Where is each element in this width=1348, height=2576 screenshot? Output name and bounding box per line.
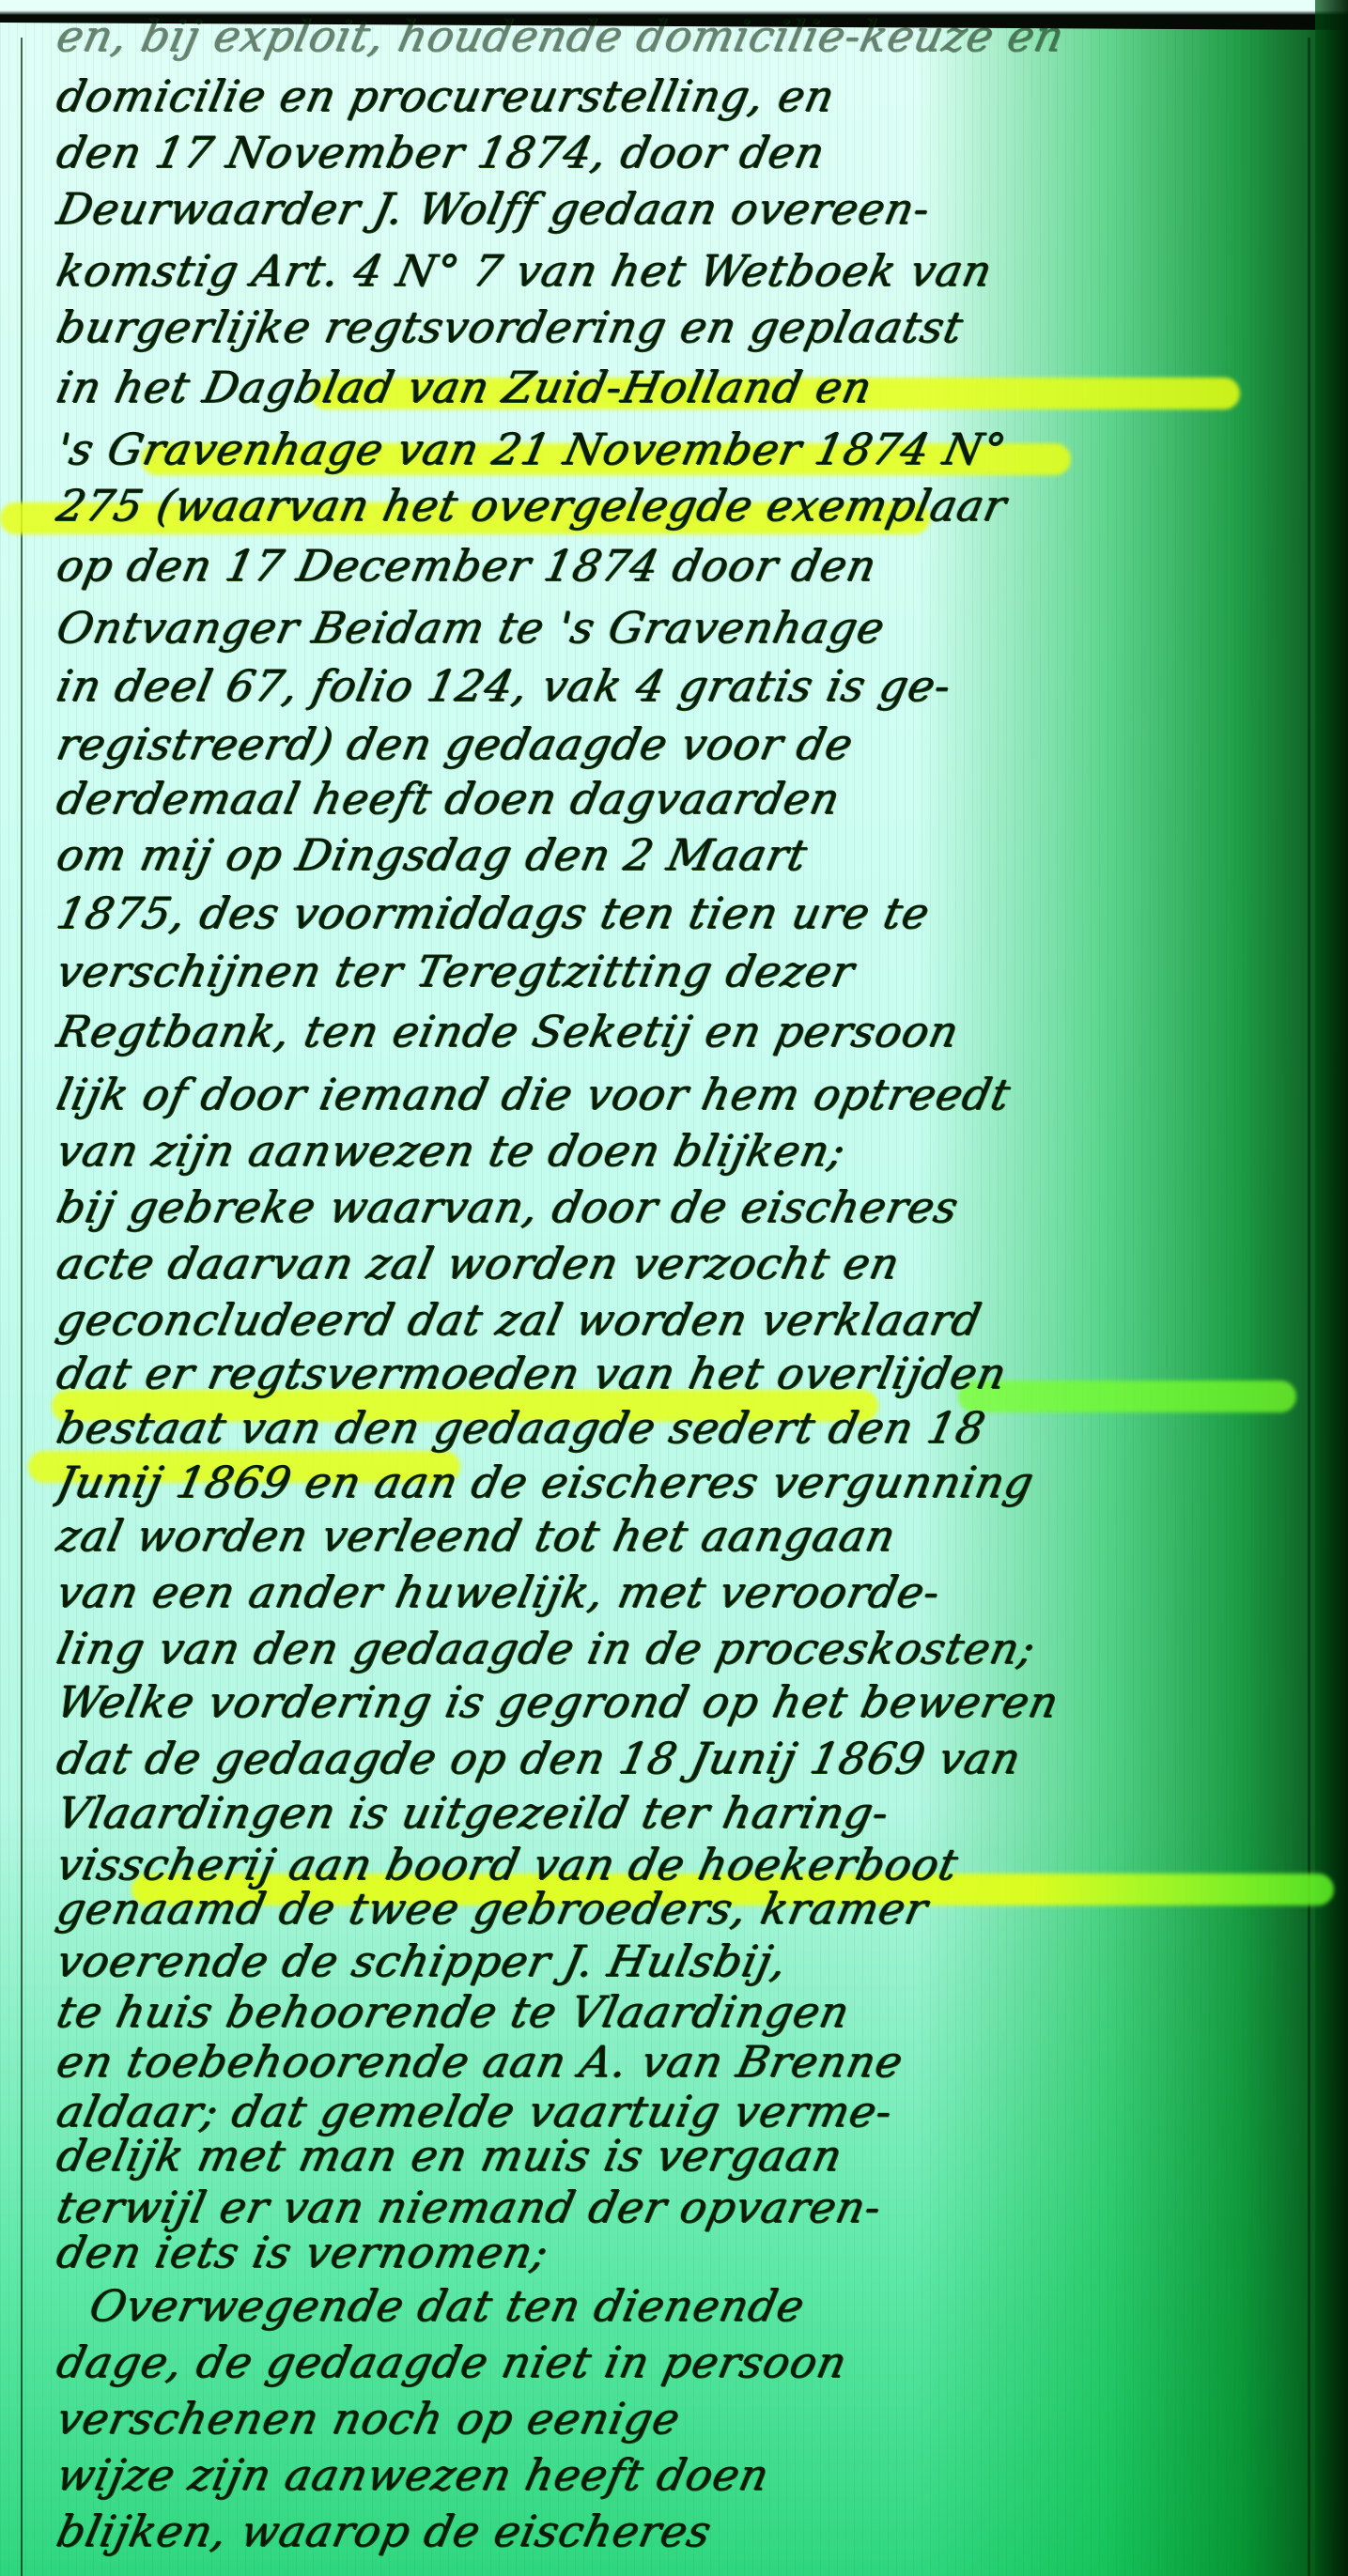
handwritten-text-block: en, bij exploit, houdende domicilie-keuz…	[0, 0, 1348, 2576]
text-line: en toebehoorende aan A. van Brenne	[52, 2033, 1313, 2090]
text-line: dage, de gedaagde niet in persoon	[52, 2334, 1313, 2390]
text-line: den iets is vernomen;	[52, 2224, 1313, 2280]
text-line: 's Gravenhage van 21 November 1874 N°	[52, 421, 1313, 477]
text-line: geconcludeerd dat zal worden verklaard	[52, 1291, 1313, 1348]
text-line: wijze zijn aanwezen heeft doen	[52, 2446, 1313, 2503]
text-line: Regtbank, ten einde Seketij en persoon	[52, 1003, 1313, 1059]
text-line: 1875, des voormiddags ten tien ure te	[52, 885, 1313, 941]
text-line: burgerlijke regtsvordering en geplaatst	[52, 299, 1313, 355]
text-line: ling van den gedaagde in de proceskosten…	[52, 1620, 1313, 1676]
text-line: op den 17 December 1874 door den	[52, 537, 1313, 594]
text-line: voerende de schipper J. Hulsbij,	[52, 1933, 1313, 1989]
text-line: acte daarvan zal worden verzocht en	[52, 1235, 1313, 1291]
text-line: delijk met man en muis is vergaan	[52, 2127, 1313, 2183]
text-line: den 17 November 1874, door den	[52, 124, 1313, 180]
text-line: blijken, waarop de eischeres	[52, 2503, 1313, 2559]
text-line: Welke vordering is gegrond op het bewere…	[52, 1674, 1313, 1730]
text-line: zal worden verleend tot het aangaan	[52, 1507, 1313, 1564]
text-line: derdemaal heeft doen dagvaarden	[52, 770, 1313, 826]
scanned-document-page: en, bij exploit, houdende domicilie-keuz…	[0, 0, 1348, 2576]
text-line: komstig Art. 4 N° 7 van het Wetboek van	[52, 242, 1313, 299]
text-line: te huis behoorende te Vlaardingen	[52, 1983, 1313, 2040]
text-line: 275 (waarvan het overgelegde exemplaar	[52, 477, 1313, 533]
text-line: dat er regtsvermoeden van het overlijden	[52, 1345, 1313, 1401]
text-line: Vlaardingen is uitgezeild ter haring-	[52, 1784, 1313, 1841]
text-line: bij gebreke waarvan, door de eischeres	[52, 1179, 1313, 1235]
text-line: domicilie en procureurstelling, en	[52, 68, 1313, 124]
text-line: Junij 1869 en aan de eischeres vergunnin…	[52, 1454, 1313, 1510]
text-line: om mij op Dingsdag den 2 Maart	[52, 826, 1313, 883]
text-line: bestaat van den gedaagde sedert den 18	[52, 1399, 1313, 1456]
text-line: in deel 67, folio 124, vak 4 gratis is g…	[52, 657, 1313, 714]
text-line: verschenen noch op eenige	[52, 2390, 1313, 2446]
text-line: verschijnen ter Teregtzitting dezer	[52, 943, 1313, 999]
text-line: in het Dagblad van Zuid-Holland en	[52, 359, 1313, 415]
text-line: registreerd) den gedaagde voor de	[52, 716, 1313, 772]
text-line: Deurwaarder J. Wolff gedaan overeen-	[52, 180, 1313, 237]
text-line: van een ander huwelijk, met veroorde-	[52, 1564, 1313, 1620]
text-line: genaamd de twee gebroeders, kramer	[52, 1880, 1313, 1936]
text-line: dat de gedaagde op den 18 Junij 1869 van	[52, 1730, 1313, 1786]
text-line: lijk of door iemand die voor hem optreed…	[52, 1066, 1313, 1122]
text-line: Ontvanger Beidam te 's Gravenhage	[52, 599, 1313, 656]
text-line: en, bij exploit, houdende domicilie-keuz…	[52, 8, 1313, 64]
text-line: van zijn aanwezen te doen blijken;	[52, 1122, 1313, 1179]
text-line: Overwegende dat ten dienende	[85, 2277, 1346, 2334]
